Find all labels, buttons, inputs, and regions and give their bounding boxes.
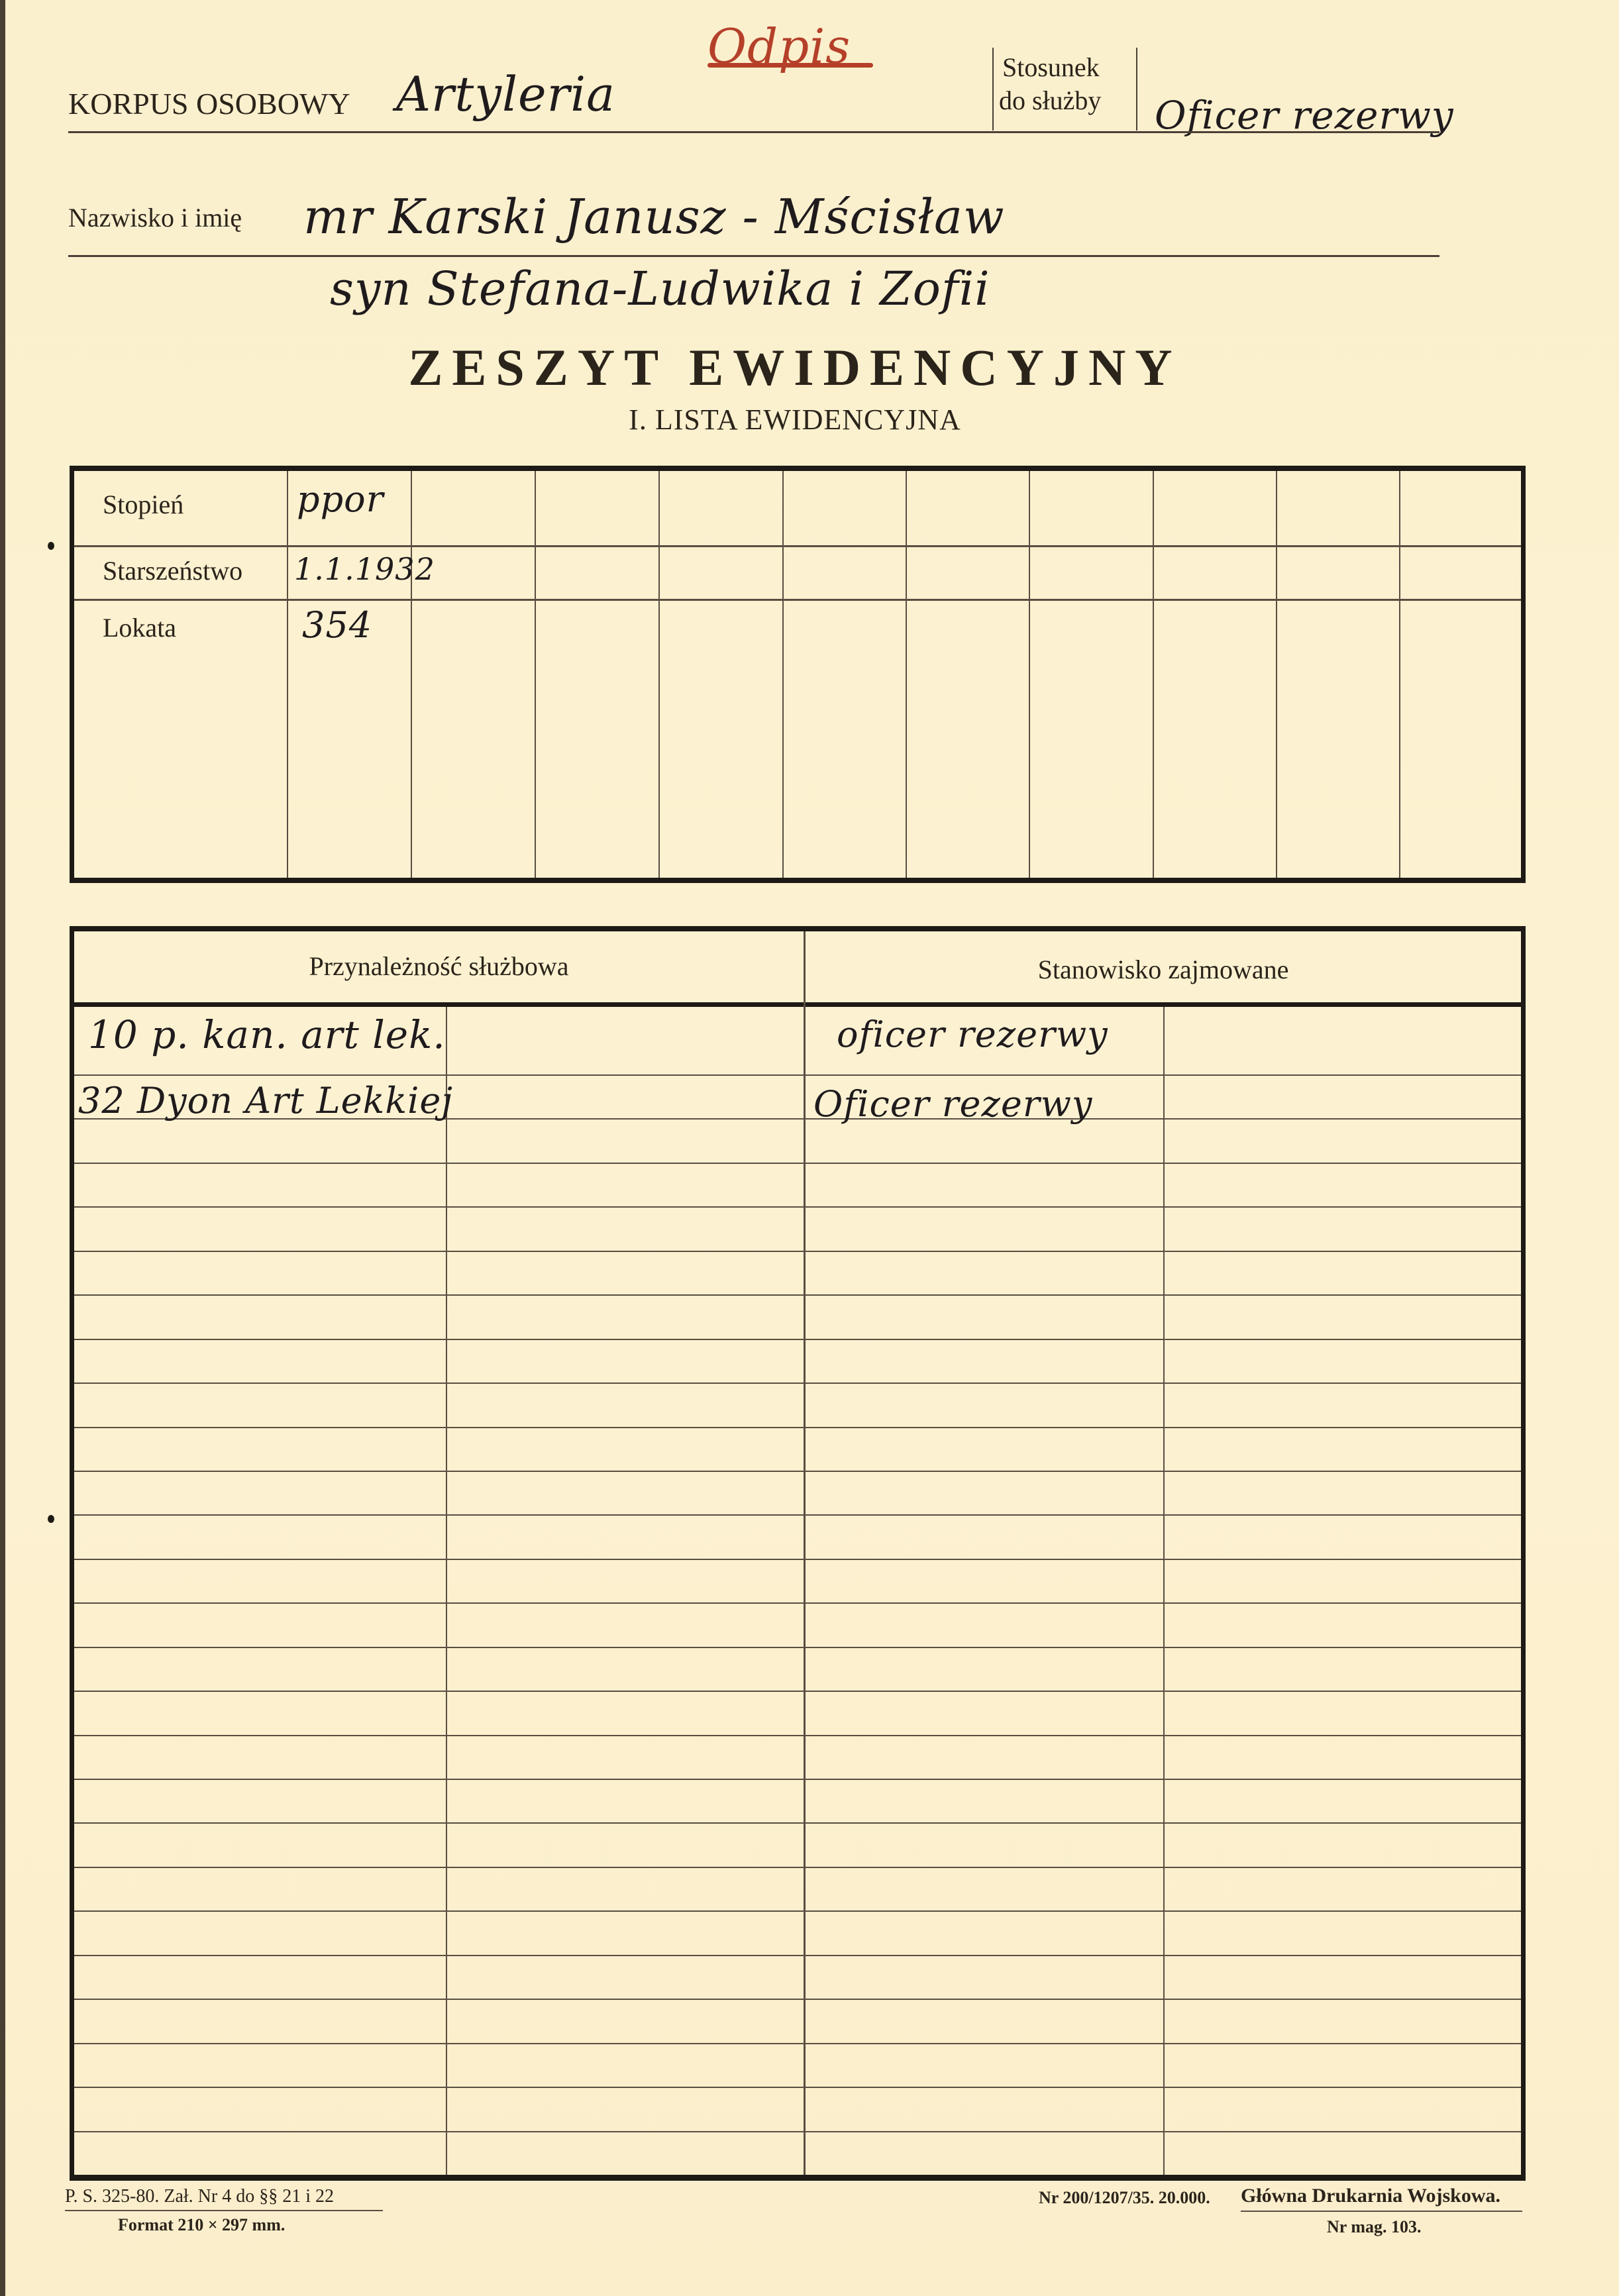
ruled-line xyxy=(806,1074,1163,1076)
ruled-line xyxy=(806,1999,1163,2000)
ruled-line xyxy=(1165,1602,1521,1604)
ruled-line xyxy=(74,1735,446,1736)
ruled-line xyxy=(447,1822,804,1824)
ruled-line xyxy=(74,1779,446,1780)
ruled-line xyxy=(806,1822,1163,1824)
ruled-line xyxy=(1165,1163,1521,1164)
ruled-line xyxy=(806,1339,1163,1340)
przynaleznosc-header: Przynależność służbowa xyxy=(74,951,804,982)
nazwisko-label: Nazwisko i imię xyxy=(68,202,242,233)
ruled-line xyxy=(447,1910,804,1912)
ruled-line xyxy=(806,2131,1163,2132)
footer-form-number: P. S. 325-80. Zał. Nr 4 do §§ 21 i 22 xyxy=(65,2186,334,2207)
lokata-label: Lokata xyxy=(103,612,176,643)
ruled-line xyxy=(447,1559,804,1560)
ruled-line xyxy=(447,1339,804,1340)
ruled-line xyxy=(806,1779,1163,1780)
ruled-line xyxy=(74,2043,446,2044)
ruled-line xyxy=(447,1647,804,1648)
ruled-line xyxy=(1165,2131,1521,2132)
upper-table-bottom-border xyxy=(70,878,1526,883)
ruled-line xyxy=(806,1647,1163,1648)
ruled-line xyxy=(1165,1251,1521,1252)
ruled-line xyxy=(1165,1074,1521,1076)
footer-left-rule xyxy=(65,2210,383,2211)
ruled-line xyxy=(447,1867,804,1868)
upper-col-line xyxy=(1276,471,1277,878)
stopien-value: ppor xyxy=(297,478,384,520)
ruled-line xyxy=(447,1471,804,1472)
ruled-line xyxy=(1165,1118,1521,1120)
upper-col-line xyxy=(287,471,288,878)
ruled-line xyxy=(1165,1691,1521,1692)
ruled-line xyxy=(806,1735,1163,1736)
ruled-line xyxy=(1165,1339,1521,1340)
korpus-value: Artyleria xyxy=(396,66,615,122)
ruled-line xyxy=(1165,1383,1521,1384)
ruled-line xyxy=(74,1602,446,1604)
ruled-line xyxy=(447,1735,804,1736)
ruled-line xyxy=(74,1867,446,1868)
lokata-value: 354 xyxy=(302,604,372,646)
document-subtitle: I. LISTA EWIDENCYJNA xyxy=(5,403,1585,437)
ruled-line xyxy=(74,1383,446,1384)
punch-mark xyxy=(48,1515,54,1523)
ruled-line xyxy=(806,1514,1163,1516)
lower-table-right-border xyxy=(1521,926,1526,2181)
lower-header-bottom-border xyxy=(70,1002,1526,1007)
ruled-line xyxy=(806,1294,1163,1296)
lower-table-bottom-border xyxy=(70,2175,1526,2181)
punch-mark xyxy=(48,542,54,550)
ruled-line xyxy=(74,1647,446,1648)
ruled-line xyxy=(447,1163,804,1164)
nazwisko-value: mr Karski Janusz - Mścisław xyxy=(303,189,1005,244)
stanowisko-entry-2: Oficer rezerwy xyxy=(813,1083,1092,1125)
przynaleznosc-entry-1: 10 p. kan. art lek. xyxy=(88,1012,446,1057)
ruled-line xyxy=(74,1559,446,1560)
ruled-line xyxy=(1165,1471,1521,1472)
ruled-line xyxy=(1165,1427,1521,1428)
ruled-line xyxy=(806,1427,1163,1428)
ruled-line xyxy=(74,2087,446,2088)
upper-col-line xyxy=(906,471,907,878)
footer-format: Format 210 × 297 mm. xyxy=(118,2215,285,2235)
upper-col-line xyxy=(535,471,536,878)
ruled-line xyxy=(1165,1294,1521,1296)
lower-table-left-border xyxy=(70,926,74,2181)
ruled-line xyxy=(74,1910,446,1912)
ruled-line xyxy=(1165,1559,1521,1560)
stosunek-label-2: do służby xyxy=(999,85,1101,116)
ruled-line xyxy=(806,1602,1163,1604)
starszenstwo-label: Starszeństwo xyxy=(103,555,242,586)
upper-table-top-border xyxy=(70,466,1526,471)
stanowisko-header: Stanowisko zajmowane xyxy=(806,954,1521,985)
starszenstwo-value: 1.1.1932 xyxy=(294,551,435,587)
ruled-line xyxy=(74,1822,446,1824)
ruled-line xyxy=(447,1955,804,1956)
upper-col-line xyxy=(411,471,412,878)
footer-mag-number: Nr mag. 103. xyxy=(1327,2217,1422,2237)
ruled-line xyxy=(1165,2087,1521,2088)
upper-col-line xyxy=(658,471,660,878)
ruled-line xyxy=(74,1251,446,1252)
parents-value: syn Stefana-Ludwika i Zofii xyxy=(330,262,990,316)
ruled-line xyxy=(447,2043,804,2044)
ruled-line xyxy=(447,1999,804,2000)
ruled-line xyxy=(1165,1206,1521,1208)
ruled-line xyxy=(447,1206,804,1208)
ruled-line xyxy=(806,1867,1163,1868)
ruled-line xyxy=(74,1691,446,1692)
document-page: Odpis KORPUS OSOBOWY Artyleria Stosunek … xyxy=(0,0,1619,2296)
ruled-line xyxy=(1165,1735,1521,1736)
ruled-line xyxy=(806,1559,1163,1560)
ruled-line xyxy=(447,1602,804,1604)
footer-printer: Główna Drukarnia Wojskowa. xyxy=(1241,2185,1500,2207)
upper-col-line xyxy=(1153,471,1154,878)
ruled-line xyxy=(806,2087,1163,2088)
upper-table-right-border xyxy=(1521,466,1526,883)
ruled-line xyxy=(447,1383,804,1384)
ruled-line xyxy=(447,2131,804,2132)
ruled-line xyxy=(447,1118,804,1120)
ruled-line xyxy=(447,1691,804,1692)
upper-col-line xyxy=(782,471,784,878)
korpus-label: KORPUS OSOBOWY xyxy=(68,86,350,121)
ruled-line xyxy=(447,1074,804,1076)
ruled-line xyxy=(74,1999,446,2000)
ruled-line xyxy=(74,1074,446,1076)
ruled-line xyxy=(74,2131,446,2132)
ruled-line xyxy=(74,1206,446,1208)
footer-print-number: Nr 200/1207/35. 20.000. xyxy=(1039,2188,1210,2208)
stanowisko-entry-1: oficer rezerwy xyxy=(837,1014,1108,1055)
ruled-line xyxy=(806,1471,1163,1472)
ruled-line xyxy=(1165,1647,1521,1648)
footer-right-rule xyxy=(1241,2211,1522,2212)
ruled-line xyxy=(1165,1822,1521,1824)
ruled-line xyxy=(806,1955,1163,1956)
ruled-line xyxy=(806,1383,1163,1384)
upper-table-left-border xyxy=(70,466,74,883)
ruled-line xyxy=(1165,1514,1521,1516)
header-rule xyxy=(68,131,1439,133)
ruled-line xyxy=(447,1427,804,1428)
ruled-line xyxy=(806,1251,1163,1252)
nazwisko-rule xyxy=(68,255,1439,257)
ruled-line xyxy=(1165,2043,1521,2044)
upper-row-rule xyxy=(74,599,1521,601)
ruled-line xyxy=(806,1910,1163,1912)
ruled-line xyxy=(74,1471,446,1472)
upper-row-rule xyxy=(74,545,1521,547)
ruled-line xyxy=(74,1427,446,1428)
ruled-line xyxy=(74,1514,446,1516)
ruled-line xyxy=(74,1955,446,1956)
ruled-line xyxy=(806,1691,1163,1692)
ruled-line xyxy=(447,1779,804,1780)
ruled-line xyxy=(806,1163,1163,1164)
ruled-line xyxy=(1165,1910,1521,1912)
ruled-line xyxy=(74,1163,446,1164)
stamp-underline xyxy=(707,63,873,68)
document-title: ZESZYT EWIDENCYJNY xyxy=(5,338,1585,397)
ruled-line xyxy=(806,2043,1163,2044)
ruled-line xyxy=(447,2087,804,2088)
ruled-line xyxy=(806,1206,1163,1208)
ruled-line xyxy=(74,1339,446,1340)
ruled-line xyxy=(447,1294,804,1296)
stosunek-label: Stosunek xyxy=(1002,52,1100,83)
upper-col-line xyxy=(1399,471,1400,878)
ruled-line xyxy=(1165,1955,1521,1956)
ruled-line xyxy=(447,1514,804,1516)
upper-col-line xyxy=(1029,471,1030,878)
ruled-line xyxy=(1165,1867,1521,1868)
przynaleznosc-entry-2: 32 Dyon Art Lekkiej xyxy=(78,1080,453,1122)
ruled-line xyxy=(1165,1999,1521,2000)
ruled-line xyxy=(1165,1779,1521,1780)
ruled-line xyxy=(74,1294,446,1296)
stopien-label: Stopień xyxy=(103,489,183,520)
ruled-line xyxy=(447,1251,804,1252)
lower-table-top-border xyxy=(70,926,1526,931)
